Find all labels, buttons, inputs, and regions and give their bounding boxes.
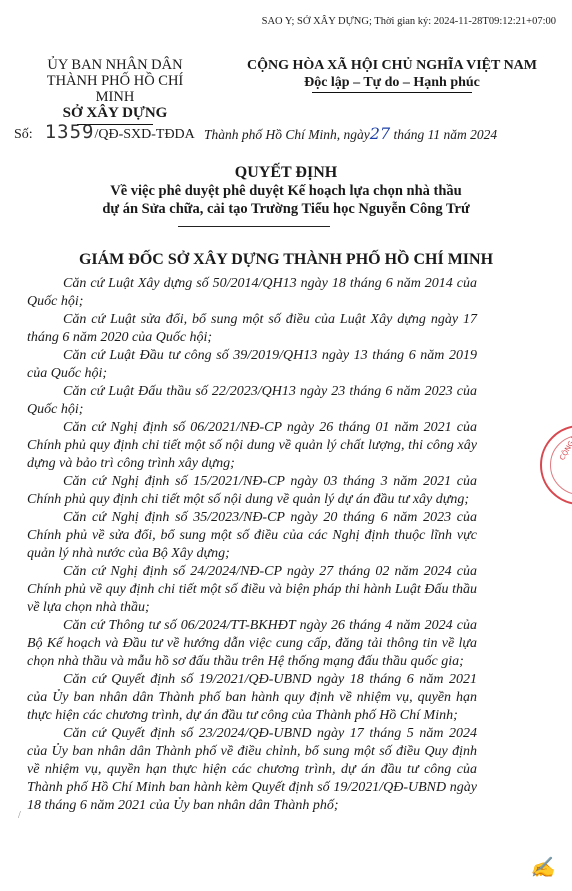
title-subject-2: dự án Sửa chữa, cải tạo Trường Tiểu học …: [0, 200, 572, 218]
date-suffix: tháng 11 năm 2024: [394, 127, 498, 142]
national-motto: Độc lập – Tự do – Hạnh phúc: [222, 74, 562, 91]
legal-basis: Căn cứ Quyết định số 23/2024/QĐ-UBND ngà…: [27, 725, 477, 815]
legal-basis: Căn cứ Luật Đầu tư công số 39/2019/QH13 …: [27, 347, 477, 383]
legal-basis: Căn cứ Quyết định số 19/2021/QĐ-UBND ngà…: [27, 671, 477, 725]
legal-basis: Căn cứ Nghị định số 24/2024/NĐ-CP ngày 2…: [27, 563, 477, 617]
red-seal-stamp: CỘNG HÒA: [540, 425, 572, 505]
document-number-label: Số:: [14, 127, 33, 142]
date-prefix: Thành phố Hồ Chí Minh, ngày: [204, 127, 370, 142]
decision-title: QUYẾT ĐỊNH Về việc phê duyệt phê duyệt K…: [0, 164, 572, 218]
issuing-authority: ỦY BAN NHÂN DÂN THÀNH PHỐ HỒ CHÍ MINH SỞ…: [30, 57, 200, 125]
issuer-heading: GIÁM ĐỐC SỞ XÂY DỰNG THÀNH PHỐ HỒ CHÍ MI…: [0, 251, 572, 269]
margin-mark: /: [18, 810, 21, 821]
legal-basis: Căn cứ Luật sửa đổi, bổ sung một số điều…: [27, 311, 477, 347]
title-subject-1: Về việc phê duyệt phê duyệt Kế hoạch lựa…: [0, 182, 572, 200]
document-number: Số:1359/QĐ-SXD-TĐDA: [14, 121, 195, 143]
initial-signature-icon: ✍: [530, 855, 555, 879]
authority-line-2: THÀNH PHỐ HỒ CHÍ MINH: [30, 73, 200, 105]
nation-name: CỘNG HÒA XÃ HỘI CHỦ NGHĨA VIỆT NAM: [222, 57, 562, 74]
document-number-value: 1359: [45, 121, 95, 143]
legal-bases: Căn cứ Luật Xây dựng số 50/2014/QH13 ngà…: [27, 275, 477, 815]
issue-date: Thành phố Hồ Chí Minh, ngày27 tháng 11 n…: [204, 124, 497, 143]
legal-basis: Căn cứ Nghị định số 35/2023/NĐ-CP ngày 2…: [27, 509, 477, 563]
motto-underline: [312, 92, 472, 93]
title-underline: [178, 226, 330, 227]
digital-copy-stamp: SAO Y; SỞ XÂY DỰNG; Thời gian ký: 2024-1…: [262, 16, 556, 27]
authority-line-1: ỦY BAN NHÂN DÂN: [30, 57, 200, 73]
legal-basis: Căn cứ Nghị định số 06/2021/NĐ-CP ngày 2…: [27, 419, 477, 473]
document-number-suffix: /QĐ-SXD-TĐDA: [94, 127, 194, 142]
legal-basis: Căn cứ Luật Đấu thầu số 22/2023/QH13 ngà…: [27, 383, 477, 419]
title-main: QUYẾT ĐỊNH: [0, 164, 572, 182]
national-header: CỘNG HÒA XÃ HỘI CHỦ NGHĨA VIỆT NAM Độc l…: [222, 57, 562, 93]
legal-basis: Căn cứ Luật Xây dựng số 50/2014/QH13 ngà…: [27, 275, 477, 311]
handwritten-day: 27: [370, 124, 390, 143]
legal-basis: Căn cứ Thông tư số 06/2024/TT-BKHĐT ngày…: [27, 617, 477, 671]
department-name: SỞ XÂY DỰNG: [30, 105, 200, 121]
legal-basis: Căn cứ Nghị định số 15/2021/NĐ-CP ngày 0…: [27, 473, 477, 509]
